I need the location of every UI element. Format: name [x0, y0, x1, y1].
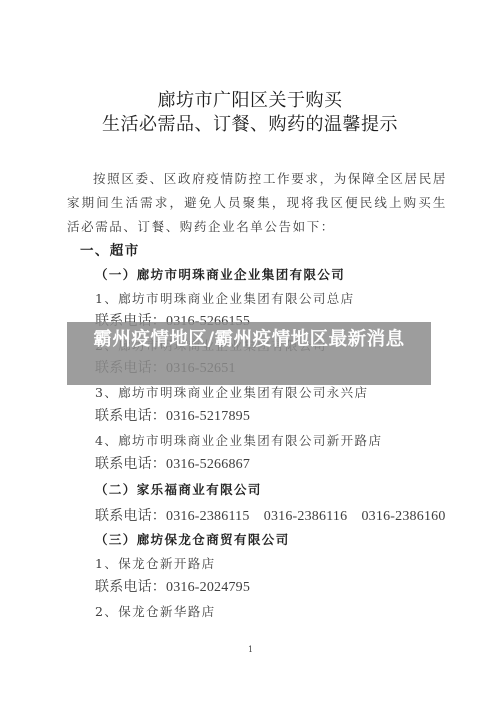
caption-text: 霸州疫情地区/霸州疫情地区最新消息 [67, 326, 431, 353]
intro-paragraph: 按照区委、区政府疫情防控工作要求，为保障全区居民居家期间生活需求，避免人员聚集，… [67, 167, 447, 239]
store-name: 1、廊坊市明珠商业企业集团有限公司总店 [95, 290, 355, 308]
company-heading: （三）廊坊保龙仓商贸有限公司 [95, 531, 290, 549]
company-heading: （一）廊坊市明珠商业企业集团有限公司 [95, 266, 345, 284]
store-phone: 联系电话：0316-2386115 0316-2386116 0316-2386… [95, 508, 446, 526]
store-phone: 联系电话：0316-5266867 [95, 456, 250, 474]
store-name: 4、廊坊市明珠商业企业集团有限公司新开路店 [95, 432, 382, 450]
caption-overlay: 霸州疫情地区/霸州疫情地区最新消息 [67, 322, 431, 385]
page-number: 1 [248, 645, 253, 654]
store-name: 1、保龙仓新开路店 [95, 555, 216, 573]
store-phone: 联系电话：0316-5217895 [95, 408, 250, 426]
store-phone: 联系电话：0316-2024795 [95, 579, 250, 597]
document-title-line2: 生活必需品、订餐、购药的温馨提示 [0, 113, 500, 137]
company-heading: （二）家乐福商业有限公司 [95, 481, 262, 499]
document-title-line1: 廊坊市广阳区关于购买 [0, 89, 500, 113]
store-name: 3、廊坊市明珠商业企业集团有限公司永兴店 [95, 384, 368, 402]
section-heading-supermarket: 一、超市 [80, 242, 140, 260]
store-name: 2、保龙仓新华路店 [95, 603, 216, 621]
